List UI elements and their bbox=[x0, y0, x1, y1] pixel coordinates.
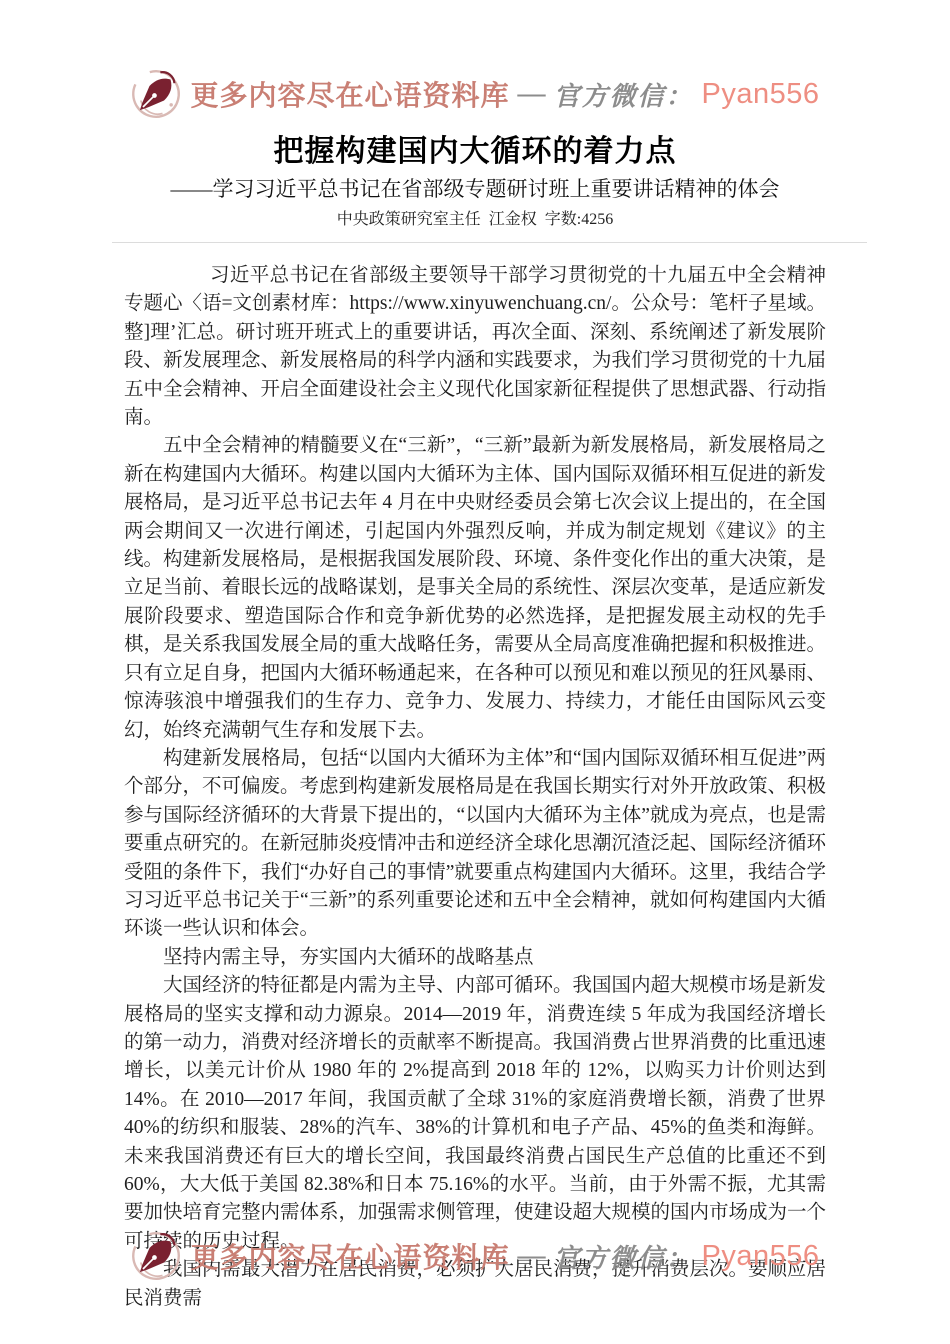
paragraph: 五中全会精神的精髓要义在“三新”，“三新”最新为新发展格局，新发展格局之新在构建… bbox=[124, 432, 826, 744]
watermark-wechat-account: Pyan556 bbox=[702, 1240, 820, 1273]
paragraph: 习近平总书记在省部级主要领导干部学习贯彻党的十九届五中全会精神专题心〈语=文创素… bbox=[124, 262, 826, 432]
section-subheading: 坚持内需主导，夯实国内大循环的战略基点 bbox=[124, 944, 826, 972]
watermark-dash: — bbox=[518, 78, 546, 110]
watermark-wechat-label: 官方微信： bbox=[554, 1238, 694, 1275]
page-subtitle: ——学习习近平总书记在省部级专题研讨班上重要讲话精神的体会 bbox=[124, 176, 826, 203]
divider bbox=[112, 242, 867, 243]
article-body: 习近平总书记在省部级主要领导干部学习贯彻党的十九届五中全会精神专题心〈语=文创素… bbox=[124, 262, 826, 1313]
footer-watermark: 更多内容尽在心语资料库 — 官方微信： Pyan556 bbox=[0, 1230, 950, 1282]
article: 把握构建国内大循环的着力点 ——学习习近平总书记在省部级专题研讨班上重要讲话精神… bbox=[124, 134, 826, 1313]
pen-nib-logo-icon bbox=[130, 1230, 182, 1282]
header-watermark: 更多内容尽在心语资料库 — 官方微信： Pyan556 bbox=[0, 68, 950, 120]
byline: 中央政策研究室主任 江金权 字数:4256 bbox=[124, 210, 826, 230]
watermark-wechat-label: 官方微信： bbox=[554, 76, 694, 113]
paragraph: 构建新发展格局，包括“以国内大循环为主体”和“国内国际双循环相互促进”两个部分，… bbox=[124, 745, 826, 944]
pen-nib-logo-icon bbox=[130, 68, 182, 120]
watermark-dash: — bbox=[518, 1240, 546, 1272]
document-page: 更多内容尽在心语资料库 — 官方微信： Pyan556 把握构建国内大循环的着力… bbox=[0, 0, 950, 1344]
watermark-text: 更多内容尽在心语资料库 bbox=[190, 1236, 509, 1276]
paragraph: 大国经济的特征都是内需为主导、内部可循环。我国国内超大规模市场是新发展格局的坚实… bbox=[124, 972, 826, 1256]
watermark-text: 更多内容尽在心语资料库 bbox=[190, 74, 509, 114]
watermark-wechat-account: Pyan556 bbox=[702, 78, 820, 111]
page-title: 把握构建国内大循环的着力点 bbox=[124, 134, 826, 170]
